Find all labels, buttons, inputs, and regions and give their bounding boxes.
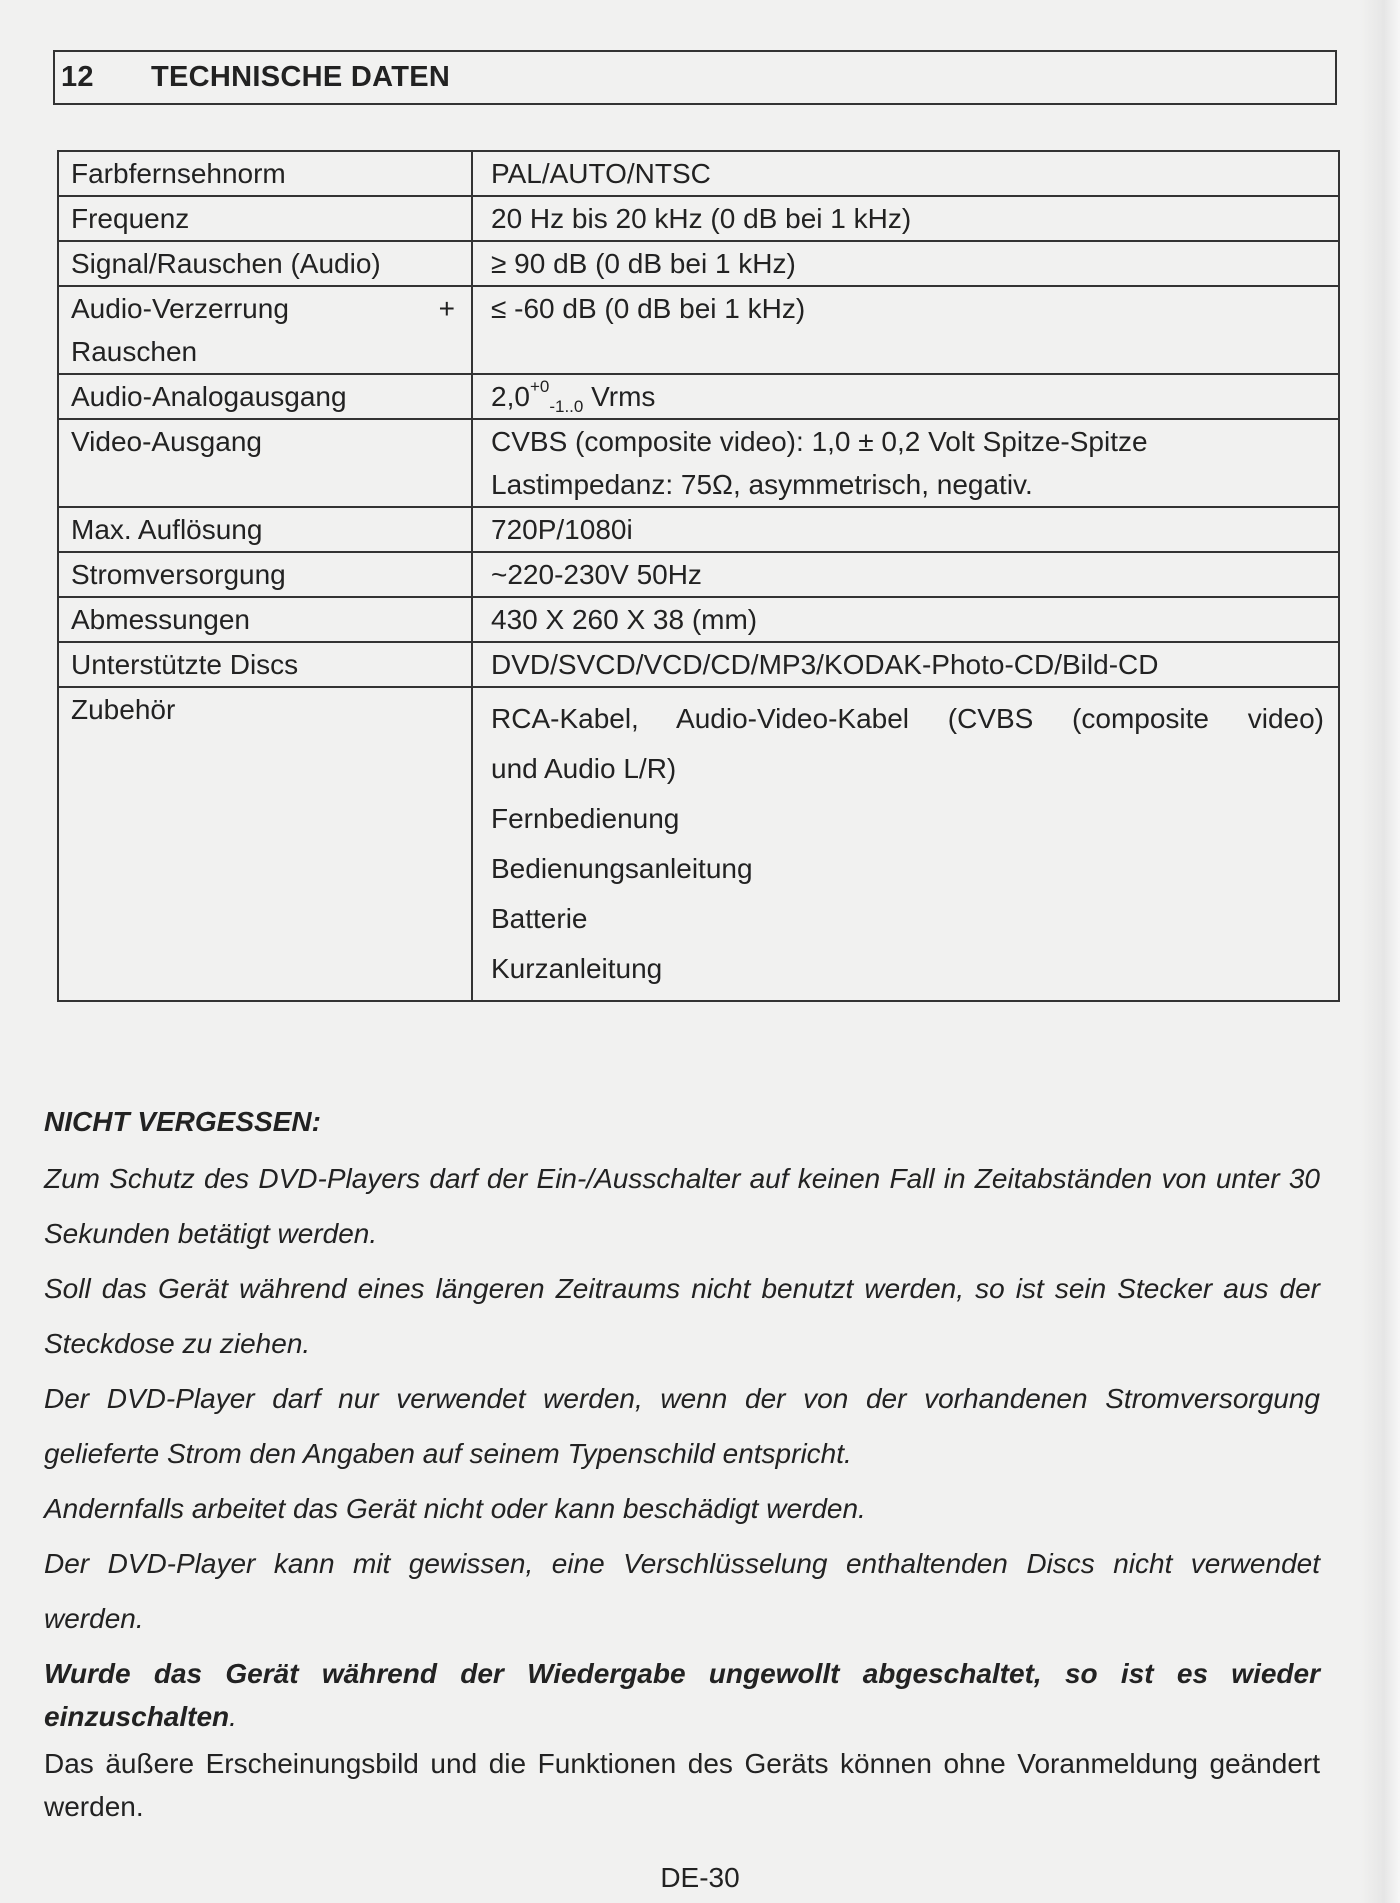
table-row: Max. Auflösung 720P/1080i [58,507,1339,552]
spec-label: Zubehör [58,687,472,1001]
note-paragraph: Soll das Gerät während eines längeren Ze… [44,1261,1320,1371]
section-header: 12 TECHNISCHE DATEN [53,50,1337,105]
note-paragraph: Der DVD-Player kann mit gewissen, eine V… [44,1536,1320,1646]
spec-label: Stromversorgung [58,552,472,597]
table-row: Audio-Analogausgang 2,0+0-1..0 Vrms [58,374,1339,419]
table-row: Video-Ausgang CVBS (composite video): 1,… [58,419,1339,507]
spec-label-suffix: + [439,287,471,330]
note-final: Das äußere Erscheinungsbild und die Funk… [44,1742,1320,1828]
spec-value-line: CVBS (composite video): 1,0 ± 0,2 Volt S… [491,420,1338,463]
value-unit: Vrms [583,381,655,412]
spec-value: ~220-230V 50Hz [472,552,1339,597]
section-title: TECHNISCHE DATEN [151,61,450,94]
spec-value-line: Batterie [491,894,1338,944]
table-row: Stromversorgung ~220-230V 50Hz [58,552,1339,597]
spec-value-line: RCA-Kabel, Audio-Video-Kabel (CVBS (comp… [491,694,1338,744]
spec-value-line: Bedienungsanleitung [491,844,1338,894]
note-paragraph: Andernfalls arbeitet das Gerät nicht ode… [44,1481,1320,1536]
note-warning: Wurde das Gerät während der Wiedergabe u… [44,1652,1320,1738]
spec-value-line: Lastimpedanz: 75Ω, asymmetrisch, negativ… [491,463,1338,506]
note-warning-period: . [229,1701,237,1732]
value-superscript: +0 [530,377,549,396]
table-row: Farbfernsehnorm PAL/AUTO/NTSC [58,151,1339,196]
spec-label: Signal/Rauschen (Audio) [58,241,472,286]
note-paragraph: Zum Schutz des DVD-Players darf der Ein-… [44,1151,1320,1261]
notes-heading: NICHT VERGESSEN: [44,1094,1320,1149]
table-row: Unterstützte Discs DVD/SVCD/VCD/CD/MP3/K… [58,642,1339,687]
spec-value: ≤ -60 dB (0 dB bei 1 kHz) [472,286,1339,374]
page-edge-shadow [1360,0,1400,1903]
spec-label: Unterstützte Discs [58,642,472,687]
spec-label: Abmessungen [58,597,472,642]
spec-label-line: Audio-Verzerrung [71,293,289,324]
table-row: Frequenz 20 Hz bis 20 kHz (0 dB bei 1 kH… [58,196,1339,241]
value-base: 2,0 [491,381,530,412]
spec-value-line: und Audio L/R) [491,744,1338,794]
section-number: 12 [61,61,151,94]
spec-label-line: Rauschen [71,336,197,367]
technical-specs-table: Farbfernsehnorm PAL/AUTO/NTSC Frequenz 2… [57,150,1340,1002]
spec-value: CVBS (composite video): 1,0 ± 0,2 Volt S… [472,419,1339,507]
spec-label: Frequenz [58,196,472,241]
spec-label: Farbfernsehnorm [58,151,472,196]
table-row: + Audio-Verzerrung Rauschen ≤ -60 dB (0 … [58,286,1339,374]
notes-section: NICHT VERGESSEN: Zum Schutz des DVD-Play… [44,1094,1320,1828]
table-row: Zubehör RCA-Kabel, Audio-Video-Kabel (CV… [58,687,1339,1001]
spec-value: 720P/1080i [472,507,1339,552]
spec-label: + Audio-Verzerrung Rauschen [58,286,472,374]
spec-value-line: Fernbedienung [491,794,1338,844]
spec-label: Max. Auflösung [58,507,472,552]
page-number: DE-30 [0,1862,1400,1894]
spec-value: 430 X 260 X 38 (mm) [472,597,1339,642]
table-row: Abmessungen 430 X 260 X 38 (mm) [58,597,1339,642]
value-subscript: -1..0 [549,397,583,416]
spec-value: 20 Hz bis 20 kHz (0 dB bei 1 kHz) [472,196,1339,241]
spec-value-line: Kurzanleitung [491,944,1338,994]
spec-label: Audio-Analogausgang [58,374,472,419]
note-paragraph: Der DVD-Player darf nur verwendet werden… [44,1371,1320,1481]
spec-value: DVD/SVCD/VCD/CD/MP3/KODAK-Photo-CD/Bild-… [472,642,1339,687]
spec-value: ≥ 90 dB (0 dB bei 1 kHz) [472,241,1339,286]
spec-value: RCA-Kabel, Audio-Video-Kabel (CVBS (comp… [472,687,1339,1001]
spec-value: PAL/AUTO/NTSC [472,151,1339,196]
table-row: Signal/Rauschen (Audio) ≥ 90 dB (0 dB be… [58,241,1339,286]
spec-value: 2,0+0-1..0 Vrms [472,374,1339,419]
spec-label: Video-Ausgang [58,419,472,507]
